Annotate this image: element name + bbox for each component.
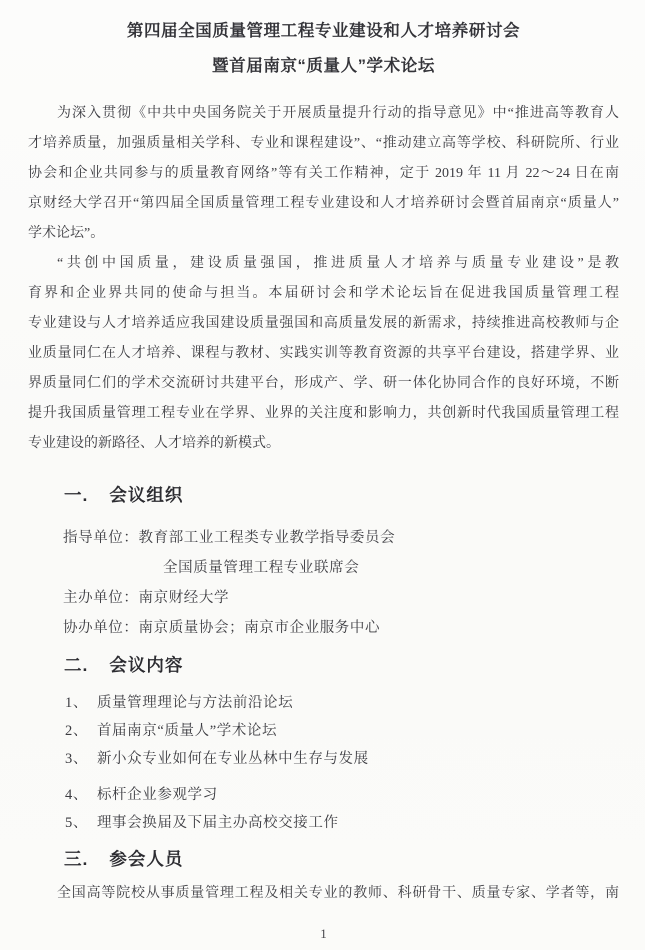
section-number: 二. bbox=[64, 651, 88, 679]
organizer-name: 全国质量管理工程专业联席会 bbox=[163, 553, 359, 583]
text-line: 协会和企业共同参与的质量教育网络”等有关工作精神，定于 2019 年 11 月 … bbox=[28, 159, 619, 189]
intro-paragraph-1: 为深入贯彻《中共中央国务院关于开展质量提升行动的指导意见》中“推进高等教育人才培… bbox=[28, 99, 619, 249]
section-number: 三. bbox=[64, 845, 88, 873]
organizer-list: 指导单位： 教育部工业工程类专业教学指导委员会 全国质量管理工程专业联席会 主办… bbox=[63, 523, 619, 643]
section-heading-label: 参会人员 bbox=[109, 845, 183, 873]
text-line: 界质量同仁们的学术交流研讨共建平台，形成产、学、研一体化协同合作的良好环境，不断 bbox=[28, 369, 619, 399]
participants-paragraph: 全国高等院校从事质量管理工程及相关专业的教师、科研骨干、质量专家、学者等，南 bbox=[28, 879, 619, 909]
organizer-row: 主办单位： 南京财经大学 bbox=[63, 583, 619, 613]
agenda-item: 4、 标杆企业参观学习 bbox=[65, 781, 619, 809]
organizer-row: 协办单位： 南京质量协会；南京市企业服务中心 bbox=[63, 613, 619, 643]
section-heading-label: 会议内容 bbox=[109, 651, 183, 679]
text-line: 学术论坛”。 bbox=[28, 219, 619, 249]
organizer-row: 指导单位： 教育部工业工程类专业教学指导委员会 bbox=[63, 523, 619, 553]
agenda-item: 5、 理事会换届及下届主办高校交接工作 bbox=[65, 809, 619, 837]
section-heading-participants: 三. 参会人员 bbox=[64, 845, 619, 873]
text-line: 提升我国质量管理工程专业在学界、业界的关注度和影响力，共创新时代我国质量管理工程 bbox=[28, 399, 619, 429]
text-line: 育界和企业界共同的使命与担当。本届研讨会和学术论坛旨在促进我国质量管理工程 bbox=[28, 279, 619, 309]
text-line: 专业建设的新路径、人才培养的新模式。 bbox=[28, 429, 619, 459]
agenda-item-text: 质量管理理论与方法前沿论坛 bbox=[97, 689, 293, 717]
text-line: 专业建设与人才培养适应我国建设质量强国和高质量发展的新需求，持续推进高校教师与企 bbox=[28, 309, 619, 339]
text-line: 才培养质量，加强质量相关学科、专业和课程建设”、“推动建立高等学校、科研院所、行… bbox=[28, 129, 619, 159]
agenda-list: 1、 质量管理理论与方法前沿论坛 2、 首届南京“质量人”学术论坛 3、 新小众… bbox=[65, 689, 619, 837]
section-heading-content: 二. 会议内容 bbox=[64, 651, 619, 679]
section-number: 一. bbox=[64, 481, 88, 509]
agenda-item-number: 3、 bbox=[65, 745, 88, 773]
agenda-item-text: 首届南京“质量人”学术论坛 bbox=[97, 717, 277, 745]
organizer-role-label: 指导单位： bbox=[63, 523, 139, 553]
agenda-item: 1、 质量管理理论与方法前沿论坛 bbox=[65, 689, 619, 717]
section-heading-organization: 一. 会议组织 bbox=[64, 481, 619, 509]
agenda-item-text: 理事会换届及下届主办高校交接工作 bbox=[97, 809, 339, 837]
agenda-item-number: 4、 bbox=[65, 781, 88, 809]
organizer-row: 全国质量管理工程专业联席会 bbox=[163, 553, 619, 583]
text-line: 全国高等院校从事质量管理工程及相关专业的教师、科研骨干、质量专家、学者等，南 bbox=[28, 879, 619, 909]
agenda-item-text: 标杆企业参观学习 bbox=[97, 781, 218, 809]
agenda-item-text: 新小众专业如何在专业丛林中生存与发展 bbox=[97, 745, 369, 773]
agenda-item-number: 1、 bbox=[65, 689, 88, 717]
document-title-line1: 第四届全国质量管理工程专业建设和人才培养研讨会 bbox=[28, 16, 619, 46]
text-line: “共创中国质量，建设质量强国，推进质量人才培养与质量专业建设”是教 bbox=[28, 249, 619, 279]
organizer-role-label: 协办单位： bbox=[63, 613, 139, 643]
section-heading-label: 会议组织 bbox=[109, 481, 183, 509]
document-title-line2: 暨首届南京“质量人”学术论坛 bbox=[28, 51, 619, 81]
text-line: 京财经大学召开“第四届全国质量管理工程专业建设和人才培养研讨会暨首届南京“质量人… bbox=[28, 189, 619, 219]
agenda-item: 2、 首届南京“质量人”学术论坛 bbox=[65, 717, 619, 745]
organizer-name: 南京质量协会；南京市企业服务中心 bbox=[139, 613, 381, 643]
document-page: 第四届全国质量管理工程专业建设和人才培养研讨会 暨首届南京“质量人”学术论坛 为… bbox=[0, 0, 645, 950]
page-number: 1 bbox=[28, 925, 619, 943]
organizer-role-label: 主办单位： bbox=[63, 583, 139, 613]
intro-paragraph-2: “共创中国质量，建设质量强国，推进质量人才培养与质量专业建设”是教育界和企业界共… bbox=[28, 249, 619, 459]
organizer-name: 教育部工业工程类专业教学指导委员会 bbox=[139, 523, 396, 553]
text-line: 为深入贯彻《中共中央国务院关于开展质量提升行动的指导意见》中“推进高等教育人 bbox=[28, 99, 619, 129]
text-line: 业质量同仁在人才培养、课程与教材、实践实训等教育资源的共享平台建设，搭建学界、业 bbox=[28, 339, 619, 369]
agenda-item: 3、 新小众专业如何在专业丛林中生存与发展 bbox=[65, 745, 619, 773]
agenda-item-number: 5、 bbox=[65, 809, 88, 837]
agenda-item-number: 2、 bbox=[65, 717, 88, 745]
organizer-name: 南京财经大学 bbox=[139, 583, 230, 613]
